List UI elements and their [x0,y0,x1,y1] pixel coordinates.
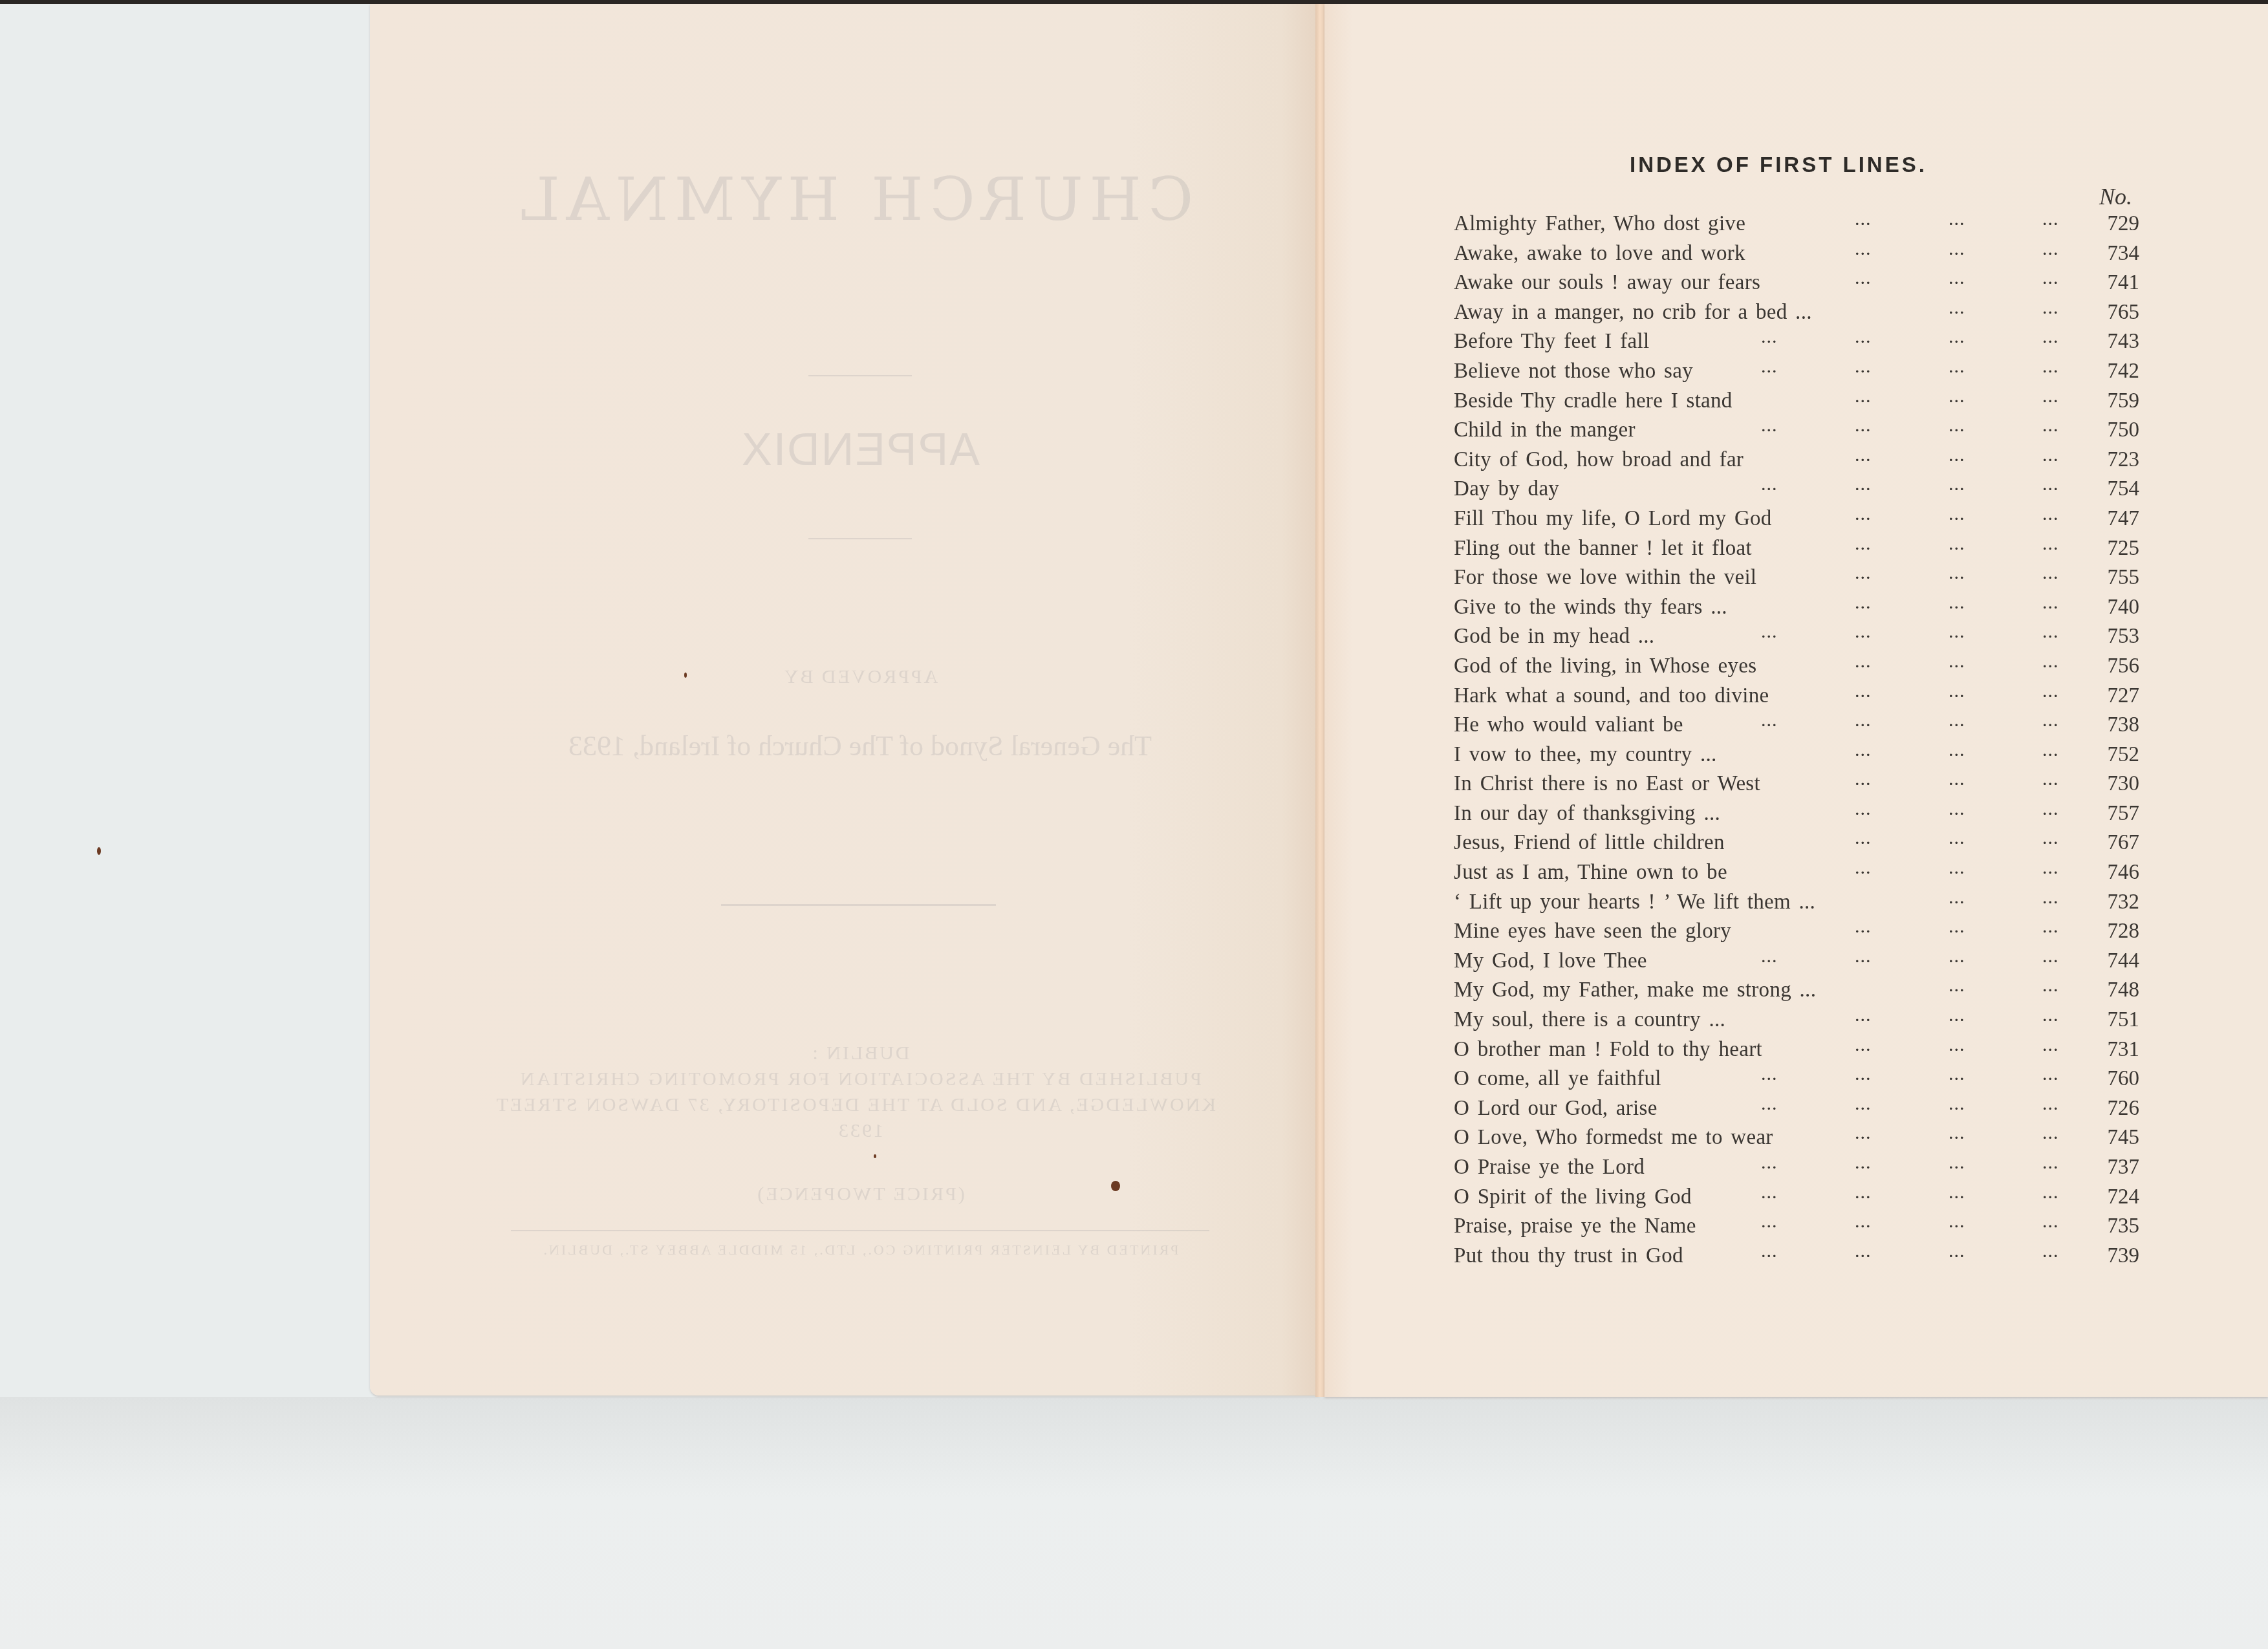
index-entry: In our day of thanksgiving ... ... ... .… [1454,802,2139,832]
leader-dots: ... [1949,916,1965,938]
leader-dots: ... [1949,739,1965,761]
leader-dots: ... [1855,1211,1872,1233]
first-line: Jesus, Friend of little children [1454,831,1725,855]
first-line: My God, I love Thee [1454,949,1647,973]
leader-dots: ... [2042,916,2059,938]
hymn-number: 725 [2101,537,2139,561]
show-through-publisher-2: KNOWLEDGE, AND SOLD AT THE DEPOSITORY, 3… [504,1094,1216,1116]
leader-dots: ... [1949,503,1965,525]
leader-dots: ... [2042,326,2059,348]
index-list: Almighty Father, Who dost give ... ... .… [1454,212,2139,1273]
hymn-number: 765 [2101,301,2139,325]
first-line: Give to the winds thy fears ... [1454,596,1727,620]
leader-dots: ... [2042,768,2059,790]
hymn-number: 731 [2101,1038,2139,1062]
leader-dots: ... [2042,267,2059,289]
leader-dots: ... [1949,887,1965,909]
first-line: O Praise ye the Lord [1454,1156,1645,1180]
first-line: Fill Thou my life, O Lord my God [1454,507,1772,531]
leader-dots: ... [1855,1152,1872,1174]
leader-dots: ... [1949,385,1965,407]
leader-dots: ... [1949,1034,1965,1056]
leader-dots: ... [1949,208,1965,230]
hymn-number: 735 [2101,1214,2139,1238]
first-line: My soul, there is a country ... [1454,1008,1725,1032]
leader-dots: ... [2042,1034,2059,1056]
hymn-number: 734 [2101,242,2139,266]
leader-dots: ... [1855,916,1872,938]
leader-dots: ... [1949,1211,1965,1233]
leader-dots: ... [2042,739,2059,761]
leader-dots: ... [2042,709,2059,731]
leader-dots: ... [2042,1093,2059,1115]
hymn-number: 726 [2101,1097,2139,1121]
leader-dots: ... [1949,798,1965,820]
leader-dots: ... [2042,887,2059,909]
hymn-number: 750 [2101,418,2139,442]
first-line: Awake our souls ! away our fears [1454,271,1760,295]
hymn-number: 752 [2101,743,2139,767]
index-entry: Mine eyes have seen the glory ... ... ..… [1454,920,2139,949]
leader-dots: ... [1949,1181,1965,1203]
leader-dots: ... [1855,1093,1872,1115]
show-through-rule [808,538,912,539]
index-entry: Awake our souls ! away our fears ... ...… [1454,271,2139,301]
leader-dots: ... [1855,945,1872,967]
leader-dots: ... [2042,385,2059,407]
hymn-number: 737 [2101,1156,2139,1180]
leader-dots: ... [1761,1240,1778,1262]
hymn-number: 753 [2101,625,2139,649]
leader-dots: ... [1855,533,1872,555]
hymn-number: 767 [2101,831,2139,855]
leader-dots: ... [1949,444,1965,466]
index-entry: Before Thy feet I fall ... ... ... ... 7… [1454,330,2139,360]
leader-dots: ... [2042,651,2059,673]
leader-dots: ... [2042,1240,2059,1262]
first-line: O come, all ye faithful [1454,1067,1661,1091]
first-line: For those we love within the veil [1454,566,1756,590]
show-through-approved-by: APPROVED BY [666,666,1054,688]
index-entry: Child in the manger ... ... ... ... 750 [1454,418,2139,448]
hymn-number: 754 [2101,477,2139,501]
leader-dots: ... [1949,297,1965,319]
hymn-number: 755 [2101,566,2139,590]
leader-dots: ... [1949,415,1965,436]
leader-dots: ... [2042,1063,2059,1085]
leader-dots: ... [2042,562,2059,584]
leader-dots: ... [1949,621,1965,643]
first-line: My God, my Father, make me strong ... [1454,978,1816,1002]
index-entry: O Spirit of the living God ... ... ... .… [1454,1185,2139,1215]
foxing-spot [874,1154,876,1158]
scanner-background [0,1397,2268,1649]
foxing-spot [97,847,101,855]
show-through-subtitle: APPENDIX [731,424,989,475]
first-line: Awake, awake to love and work [1454,242,1745,266]
index-entry: Praise, praise ye the Name ... ... ... .… [1454,1214,2139,1244]
first-line: Mine eyes have seen the glory [1454,920,1731,943]
leader-dots: ... [1855,326,1872,348]
leader-dots: ... [1855,1240,1872,1262]
index-entry: Away in a manger, no crib for a bed ... … [1454,301,2139,330]
hymn-number: 751 [2101,1008,2139,1032]
hymn-number: 742 [2101,360,2139,383]
index-entry: Believe not those who say ... ... ... ..… [1454,360,2139,389]
leader-dots: ... [2042,533,2059,555]
first-line: Put thou thy trust in God [1454,1244,1683,1268]
leader-dots: ... [1761,1152,1778,1174]
leader-dots: ... [1949,533,1965,555]
index-entry: My soul, there is a country ... ... ... … [1454,1008,2139,1038]
leader-dots: ... [1855,798,1872,820]
leader-dots: ... [2042,356,2059,378]
hymn-number: 748 [2101,978,2139,1002]
hymn-number: 740 [2101,596,2139,620]
leader-dots: ... [1761,945,1778,967]
leader-dots: ... [1855,592,1872,614]
index-entry: O brother man ! Fold to thy heart ... ..… [1454,1038,2139,1068]
index-entry: Awake, awake to love and work ... ... ..… [1454,242,2139,272]
first-line: Almighty Father, Who dost give [1454,212,1745,236]
leader-dots: ... [1855,473,1872,495]
index-entry: God of the living, in Whose eyes ... ...… [1454,654,2139,684]
show-through-year: 1933 [763,1120,957,1142]
leader-dots: ... [1761,473,1778,495]
leader-dots: ... [1855,1034,1872,1056]
first-line: Away in a manger, no crib for a bed ... [1454,301,1812,325]
leader-dots: ... [2042,208,2059,230]
leader-dots: ... [1761,326,1778,348]
leader-dots: ... [1949,945,1965,967]
leader-dots: ... [2042,621,2059,643]
leader-dots: ... [1855,768,1872,790]
index-entry: City of God, how broad and far ... ... .… [1454,448,2139,478]
hymn-number: 739 [2101,1244,2139,1268]
show-through-rule [808,375,912,376]
leader-dots: ... [1855,444,1872,466]
leader-dots: ... [1855,208,1872,230]
index-entry: In Christ there is no East or West ... .… [1454,772,2139,802]
hymn-number: 729 [2101,212,2139,236]
leader-dots: ... [1949,562,1965,584]
first-line: O brother man ! Fold to thy heart [1454,1038,1762,1062]
number-column-header: No. [2099,183,2132,210]
first-line: O Lord our God, arise [1454,1097,1658,1121]
first-line: Child in the manger [1454,418,1636,442]
leader-dots: ... [1761,1181,1778,1203]
leader-dots: ... [1949,356,1965,378]
first-line: ‘ Lift up your hearts ! ’ We lift them .… [1454,890,1815,914]
index-entry: O Lord our God, arise ... ... ... ... 72… [1454,1097,2139,1126]
leader-dots: ... [1949,1093,1965,1115]
leader-dots: ... [1855,267,1872,289]
leader-dots: ... [1949,1240,1965,1262]
leader-dots: ... [1855,562,1872,584]
index-entry: O come, all ye faithful ... ... ... ... … [1454,1067,2139,1097]
index-entry: Almighty Father, Who dost give ... ... .… [1454,212,2139,242]
leader-dots: ... [2042,592,2059,614]
hymn-number: 724 [2101,1185,2139,1209]
first-line: Before Thy feet I fall [1454,330,1649,354]
leader-dots: ... [1949,768,1965,790]
first-line: O Spirit of the living God [1454,1185,1692,1209]
leader-dots: ... [2042,473,2059,495]
first-line: Praise, praise ye the Name [1454,1214,1696,1238]
leader-dots: ... [2042,857,2059,879]
hymn-number: 757 [2101,802,2139,826]
index-entry: O Love, Who formedst me to wear ... ... … [1454,1126,2139,1156]
leader-dots: ... [1949,473,1965,495]
index-entry: Beside Thy cradle here I stand ... ... .… [1454,389,2139,419]
index-entry: I vow to thee, my country ... ... ... ..… [1454,743,2139,773]
show-through-price: (PRICE TWOPENCE) [634,1183,1086,1205]
hymn-number: 723 [2101,448,2139,472]
leader-dots: ... [1761,1063,1778,1085]
hymn-number: 738 [2101,713,2139,737]
show-through-place: DUBLIN : [666,1042,1054,1064]
first-line: God be in my head ... [1454,625,1654,649]
hymn-number: 732 [2101,890,2139,914]
index-entry: Fling out the banner ! let it float ... … [1454,537,2139,566]
leader-dots: ... [1855,1122,1872,1144]
leader-dots: ... [2042,1152,2059,1174]
index-entry: Just as I am, Thine own to be ... ... ..… [1454,861,2139,890]
leader-dots: ... [1761,709,1778,731]
first-line: I vow to thee, my country ... [1454,743,1717,767]
leader-dots: ... [2042,827,2059,849]
first-line: Hark what a sound, and too divine [1454,684,1769,708]
index-entry: Hark what a sound, and too divine ... ..… [1454,684,2139,714]
first-line: O Love, Who formedst me to wear [1454,1126,1773,1150]
hymn-number: 727 [2101,684,2139,708]
index-entry: Give to the winds thy fears ... ... ... … [1454,596,2139,625]
leader-dots: ... [1855,503,1872,525]
leader-dots: ... [1949,975,1965,997]
leader-dots: ... [2042,297,2059,319]
leader-dots: ... [1855,680,1872,702]
foxing-spot [684,673,687,678]
leader-dots: ... [1855,857,1872,879]
first-line: He who would valiant be [1454,713,1683,737]
leader-dots: ... [2042,1211,2059,1233]
leader-dots: ... [1949,1063,1965,1085]
leader-dots: ... [1949,1122,1965,1144]
first-line: Day by day [1454,477,1559,501]
leader-dots: ... [1949,709,1965,731]
hymn-number: 747 [2101,507,2139,531]
leader-dots: ... [1855,651,1872,673]
book-spine [1315,4,1324,1397]
show-through-rule [511,1230,1209,1231]
leader-dots: ... [1855,621,1872,643]
leader-dots: ... [1949,680,1965,702]
hymn-number: 745 [2101,1126,2139,1150]
leader-dots: ... [1949,651,1965,673]
leader-dots: ... [1855,709,1872,731]
leader-dots: ... [1949,827,1965,849]
index-entry: ‘ Lift up your hearts ! ’ We lift them .… [1454,890,2139,920]
hymn-number: 743 [2101,330,2139,354]
leader-dots: ... [1855,238,1872,260]
index-entry: Jesus, Friend of little children ... ...… [1454,831,2139,861]
leader-dots: ... [1855,415,1872,436]
leader-dots: ... [1761,621,1778,643]
index-title: INDEX OF FIRST LINES. [1630,153,1927,177]
leader-dots: ... [2042,680,2059,702]
leader-dots: ... [1855,385,1872,407]
index-entry: My God, my Father, make me strong ... ..… [1454,978,2139,1008]
leader-dots: ... [1855,1063,1872,1085]
hymn-number: 759 [2101,389,2139,413]
first-line: In our day of thanksgiving ... [1454,802,1720,826]
leader-dots: ... [2042,975,2059,997]
leader-dots: ... [2042,1122,2059,1144]
first-line: Just as I am, Thine own to be [1454,861,1727,885]
leader-dots: ... [1949,326,1965,348]
leader-dots: ... [1761,1093,1778,1115]
first-line: In Christ there is no East or West [1454,772,1760,796]
foxing-spot [1111,1181,1120,1191]
hymn-number: 728 [2101,920,2139,943]
leader-dots: ... [1761,1211,1778,1233]
leader-dots: ... [2042,444,2059,466]
show-through-publisher-1: PUBLISHED BY THE ASSOCIATION FOR PROMOTI… [504,1068,1216,1090]
leader-dots: ... [1761,415,1778,436]
index-entry: He who would valiant be ... ... ... ... … [1454,713,2139,743]
index-entry: God be in my head ... ... ... ... ... 75… [1454,625,2139,654]
hymn-number: 730 [2101,772,2139,796]
hymn-number: 746 [2101,861,2139,885]
leader-dots: ... [2042,503,2059,525]
index-entry: Fill Thou my life, O Lord my God ... ...… [1454,507,2139,537]
first-line: God of the living, in Whose eyes [1454,654,1756,678]
show-through-synod-line: The General Synod of The Church of Irela… [491,729,1229,762]
first-line: Fling out the banner ! let it float [1454,537,1752,561]
leader-dots: ... [1949,1152,1965,1174]
leader-dots: ... [1855,827,1872,849]
leader-dots: ... [1949,857,1965,879]
hymn-number: 741 [2101,271,2139,295]
first-line: City of God, how broad and far [1454,448,1744,472]
leader-dots: ... [2042,945,2059,967]
leader-dots: ... [2042,1004,2059,1026]
hymn-number: 744 [2101,949,2139,973]
first-line: Believe not those who say [1454,360,1693,383]
leader-dots: ... [2042,415,2059,436]
index-entry: My God, I love Thee ... ... ... ... 744 [1454,949,2139,979]
leader-dots: ... [1761,356,1778,378]
leader-dots: ... [2042,798,2059,820]
leader-dots: ... [1949,267,1965,289]
leader-dots: ... [1855,739,1872,761]
leader-dots: ... [1949,592,1965,614]
show-through-printer: PRINTED BY LEINSTER PRINTING CO., LTD., … [511,1242,1209,1258]
index-entry: Put thou thy trust in God ... ... ... ..… [1454,1244,2139,1274]
hymn-number: 760 [2101,1067,2139,1091]
index-entry: Day by day ... ... ... ... 754 [1454,477,2139,507]
first-line: Beside Thy cradle here I stand [1454,389,1733,413]
leader-dots: ... [1949,1004,1965,1026]
leader-dots: ... [2042,1181,2059,1203]
hymn-number: 756 [2101,654,2139,678]
show-through-title: CHURCH HYMNAL [498,165,1209,234]
leader-dots: ... [2042,238,2059,260]
show-through-rule [721,904,996,906]
leader-dots: ... [1855,1181,1872,1203]
index-entry: O Praise ye the Lord ... ... ... ... 737 [1454,1156,2139,1185]
leader-dots: ... [1949,238,1965,260]
leader-dots: ... [1855,1004,1872,1026]
index-entry: For those we love within the veil ... ..… [1454,566,2139,596]
leader-dots: ... [1855,356,1872,378]
